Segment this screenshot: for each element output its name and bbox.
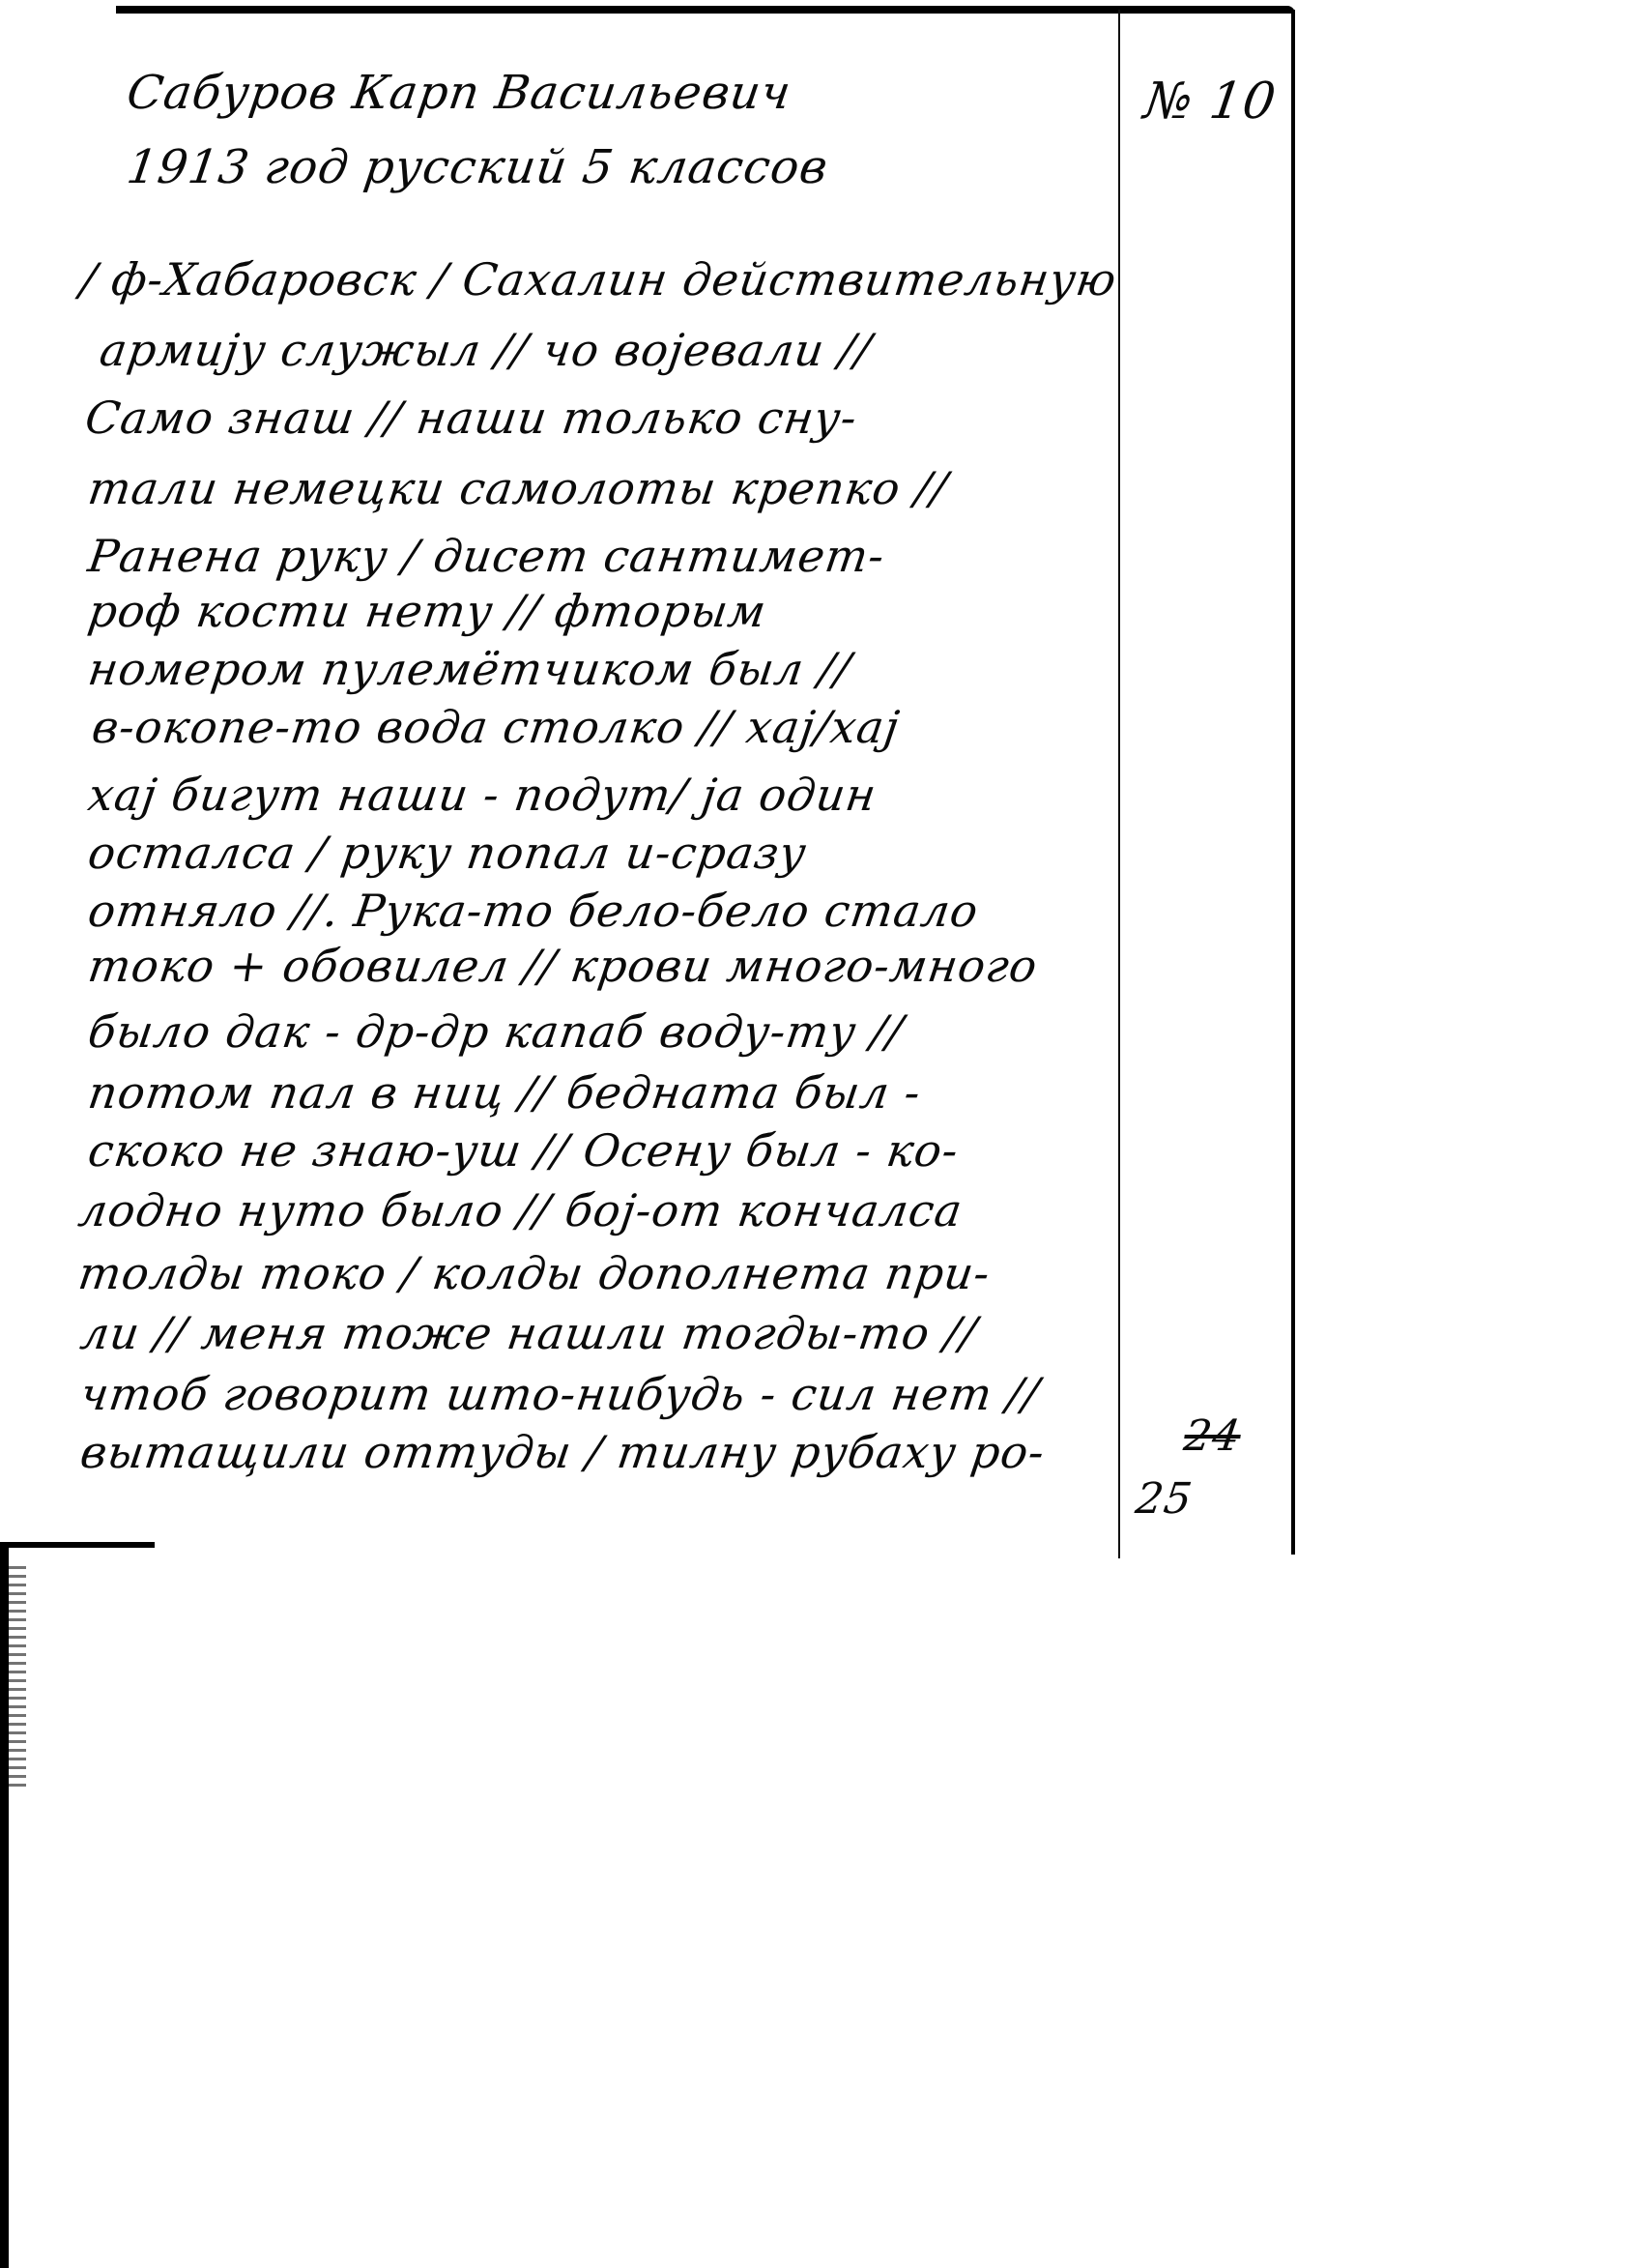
body-line-18: ли // меня тоже нашли тогды-то // (77, 1307, 980, 1359)
header-info-line: 1913 год русский 5 классов (124, 140, 831, 194)
body-line-17: толды токо / колды дополнета при- (75, 1247, 994, 1299)
body-line-6: роф кости нету // фторым (85, 585, 770, 637)
body-line-9: хај бигут наши - подут/ ја один (85, 769, 879, 821)
body-line-12: токо + обовилел // крови много-много (85, 940, 1041, 992)
page-number: 25 (1133, 1474, 1196, 1524)
body-line-10: осталса / руку попал и-сразу (85, 827, 810, 879)
body-line-14: потом пал в ниц // бедната был - (85, 1066, 924, 1119)
scanned-page: Сабуров Карп Васильевич 1913 год русский… (0, 0, 1643, 2268)
body-line-16: лодно нуто было // бој-от кончалса (75, 1184, 966, 1236)
body-line-13: было дак - др-др капаб воду-ту // (85, 1005, 907, 1058)
body-line-19: чтоб говорит што-нибудь - сил нет // (77, 1368, 1043, 1420)
body-line-11: отняло //. Рука-то бело-бело стало (85, 885, 982, 937)
body-line-20: вытащили оттуды / тилну рубаху ро- (77, 1426, 1049, 1478)
header-name-line: Сабуров Карп Васильевич (124, 66, 794, 120)
body-line-3: Само знаш // наши только сну- (82, 392, 861, 444)
scan-artifact-left-edge (0, 1544, 9, 2268)
margin-rule (1118, 10, 1120, 1558)
old-page-number: 24 (1181, 1411, 1244, 1461)
body-line-8: в-окопе-то вода столко // хај/хај (89, 701, 903, 753)
document-number: № 10 (1140, 73, 1280, 131)
scan-artifact-top (0, 1542, 155, 1548)
body-line-1: / ф-Хабаровск / Сахалин действительную (77, 253, 1120, 305)
body-line-15: скоко не знаю-уш // Осену был - ко- (85, 1124, 962, 1177)
scan-artifact-noise (9, 1566, 26, 1788)
body-line-5: Ранена руку / дисет сантимет- (85, 530, 888, 582)
body-line-2: армију служыл // чо воjевали // (97, 324, 875, 376)
body-line-4: тали немецки самолоты крепко // (85, 462, 951, 514)
page-right-edge (1291, 10, 1295, 1555)
body-line-7: номером пулемётчиком был // (85, 643, 854, 695)
